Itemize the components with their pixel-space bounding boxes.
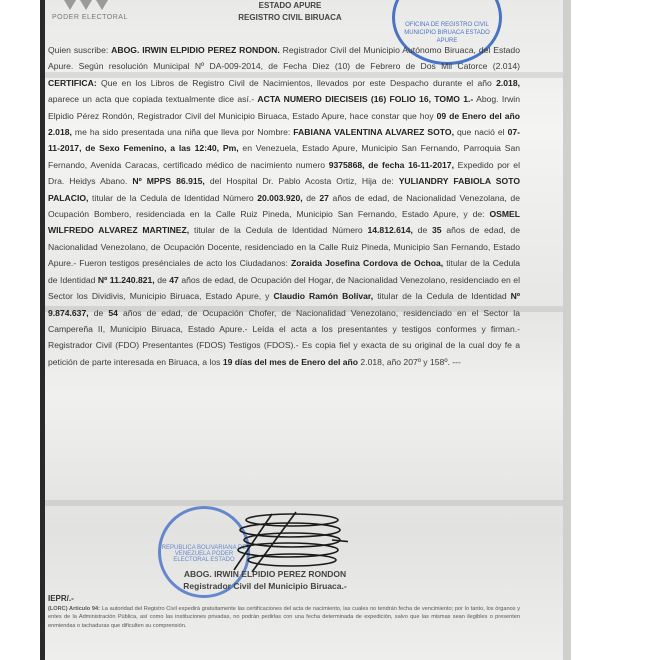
signer-name: ABOG. IRWIN ELPIDIO PEREZ RONDON (100, 568, 430, 580)
header-office: REGISTRO CIVIL BIRUACA (180, 12, 400, 24)
stamp-text: OFICINA DE REGISTRO CIVIL MUNICIPIO BIRU… (404, 22, 490, 44)
poder-electoral-logo: PODER ELECTORAL (52, 0, 142, 21)
paper-fold (45, 500, 565, 506)
legal-footnote: (LORC) Artículo 94: La autoridad del Reg… (48, 605, 520, 630)
logo-text: PODER ELECTORAL (52, 14, 142, 21)
header-state: ESTADO APURE (180, 0, 400, 12)
footnote-label: (LORC) Artículo 94: (48, 606, 100, 612)
scan-edge-right (563, 0, 571, 660)
signature-scribble-icon (232, 510, 348, 574)
signer-title: Registrador Civil del Municipio Biruaca.… (100, 580, 430, 592)
initials: IEPR/.- (48, 594, 74, 603)
signature-block: ABOG. IRWIN ELPIDIO PEREZ RONDON Registr… (100, 568, 430, 592)
certificate-body: Quien suscribe: ABOG. IRWIN ELPIDIO PERE… (48, 42, 520, 370)
logo-emblem-icon (64, 0, 142, 10)
document-header: ESTADO APURE REGISTRO CIVIL BIRUACA (180, 0, 400, 24)
footnote-text: La autoridad del Registro Civil expedirá… (48, 606, 520, 629)
